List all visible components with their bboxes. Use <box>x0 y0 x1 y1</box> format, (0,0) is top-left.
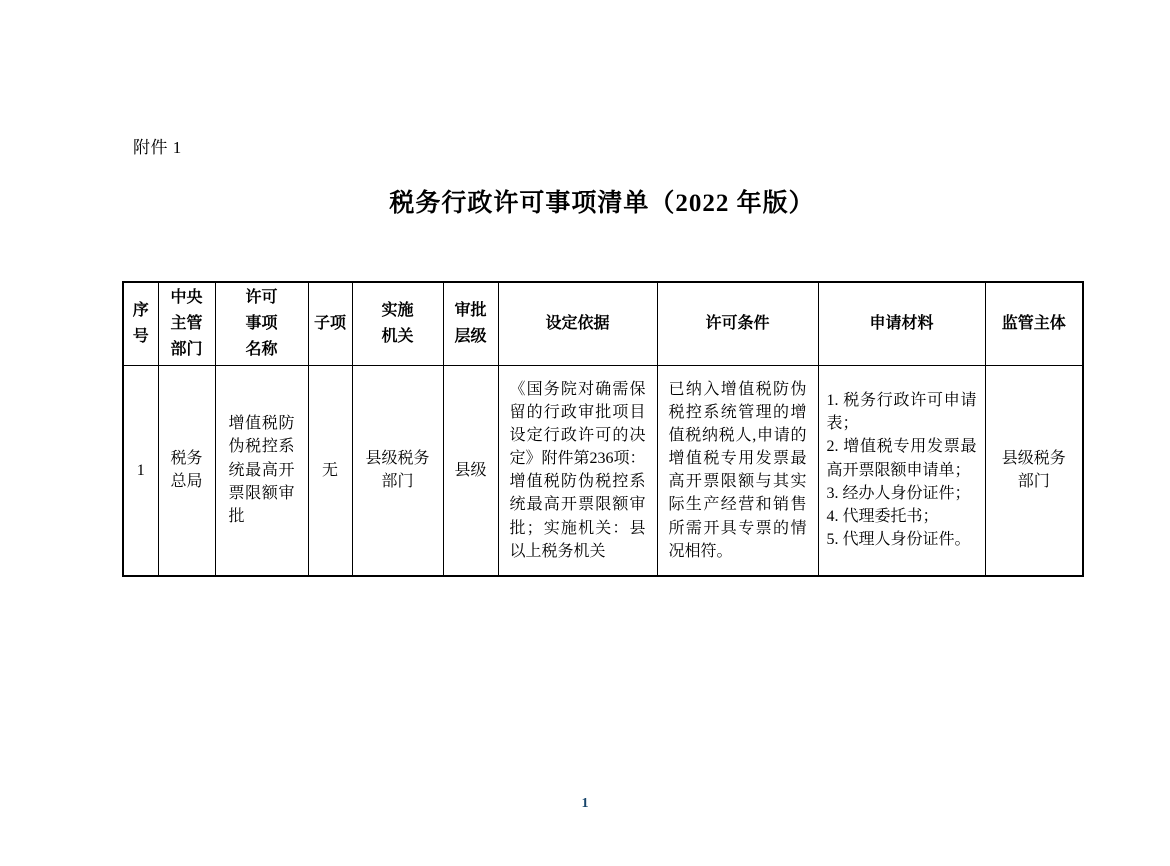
attachment-label: 附件 1 <box>133 133 182 158</box>
cell-license-conditions: 已纳入增值税防伪税控系统管理的增值税纳税人,申请的增值税专用发票最高开票限额与其… <box>657 365 818 576</box>
table-row: 1 税务总局 增值税防伪税控系统最高开票限额审批 无 县级税务部门 县级 《国务… <box>123 365 1083 576</box>
column-header-agency: 实施 机关 <box>352 282 443 365</box>
column-header-conditions: 许可条件 <box>657 282 818 365</box>
table-header-row: 序 号 中央 主管 部门 许可 事项 名称 子项 实施 机关 审批 层级 设定依… <box>123 282 1083 365</box>
material-item: 1. 税务行政许可申请表； <box>827 389 977 435</box>
column-header-department: 中央 主管 部门 <box>158 282 215 365</box>
column-header-materials: 申请材料 <box>818 282 985 365</box>
cell-application-materials: 1. 税务行政许可申请表； 2. 增值税专用发票最高开票限额申请单； 3. 经办… <box>818 365 985 576</box>
cell-sub-item: 无 <box>308 365 352 576</box>
column-header-item-name: 许可 事项 名称 <box>215 282 308 365</box>
column-header-level: 审批 层级 <box>443 282 498 365</box>
document-title: 税务行政许可事项清单（2022 年版） <box>122 183 1082 219</box>
cell-setting-basis: 《国务院对确需保留的行政审批项目设定行政许可的决定》附件第236项：增值税防伪税… <box>498 365 657 576</box>
material-item: 2. 增值税专用发票最高开票限额申请单； <box>827 435 977 481</box>
material-item: 5. 代理人身份证件。 <box>827 528 977 551</box>
column-header-supervisor: 监管主体 <box>985 282 1083 365</box>
cell-supervision-subject: 县级税务部门 <box>985 365 1083 576</box>
column-header-sub-item: 子项 <box>308 282 352 365</box>
material-item: 3. 经办人身份证件； <box>827 482 977 505</box>
column-header-serial: 序 号 <box>123 282 158 365</box>
cell-central-department: 税务总局 <box>158 365 215 576</box>
column-header-basis: 设定依据 <box>498 282 657 365</box>
licensing-table: 序 号 中央 主管 部门 许可 事项 名称 子项 实施 机关 审批 层级 设定依… <box>122 281 1084 577</box>
cell-item-name: 增值税防伪税控系统最高开票限额审批 <box>215 365 308 576</box>
document-page: 附件 1 税务行政许可事项清单（2022 年版） 序 号 中央 主管 部门 许可… <box>0 0 1170 866</box>
cell-implementing-agency: 县级税务部门 <box>352 365 443 576</box>
cell-serial: 1 <box>123 365 158 576</box>
material-item: 4. 代理委托书； <box>827 505 977 528</box>
page-number: 1 <box>0 796 1170 812</box>
cell-approval-level: 县级 <box>443 365 498 576</box>
